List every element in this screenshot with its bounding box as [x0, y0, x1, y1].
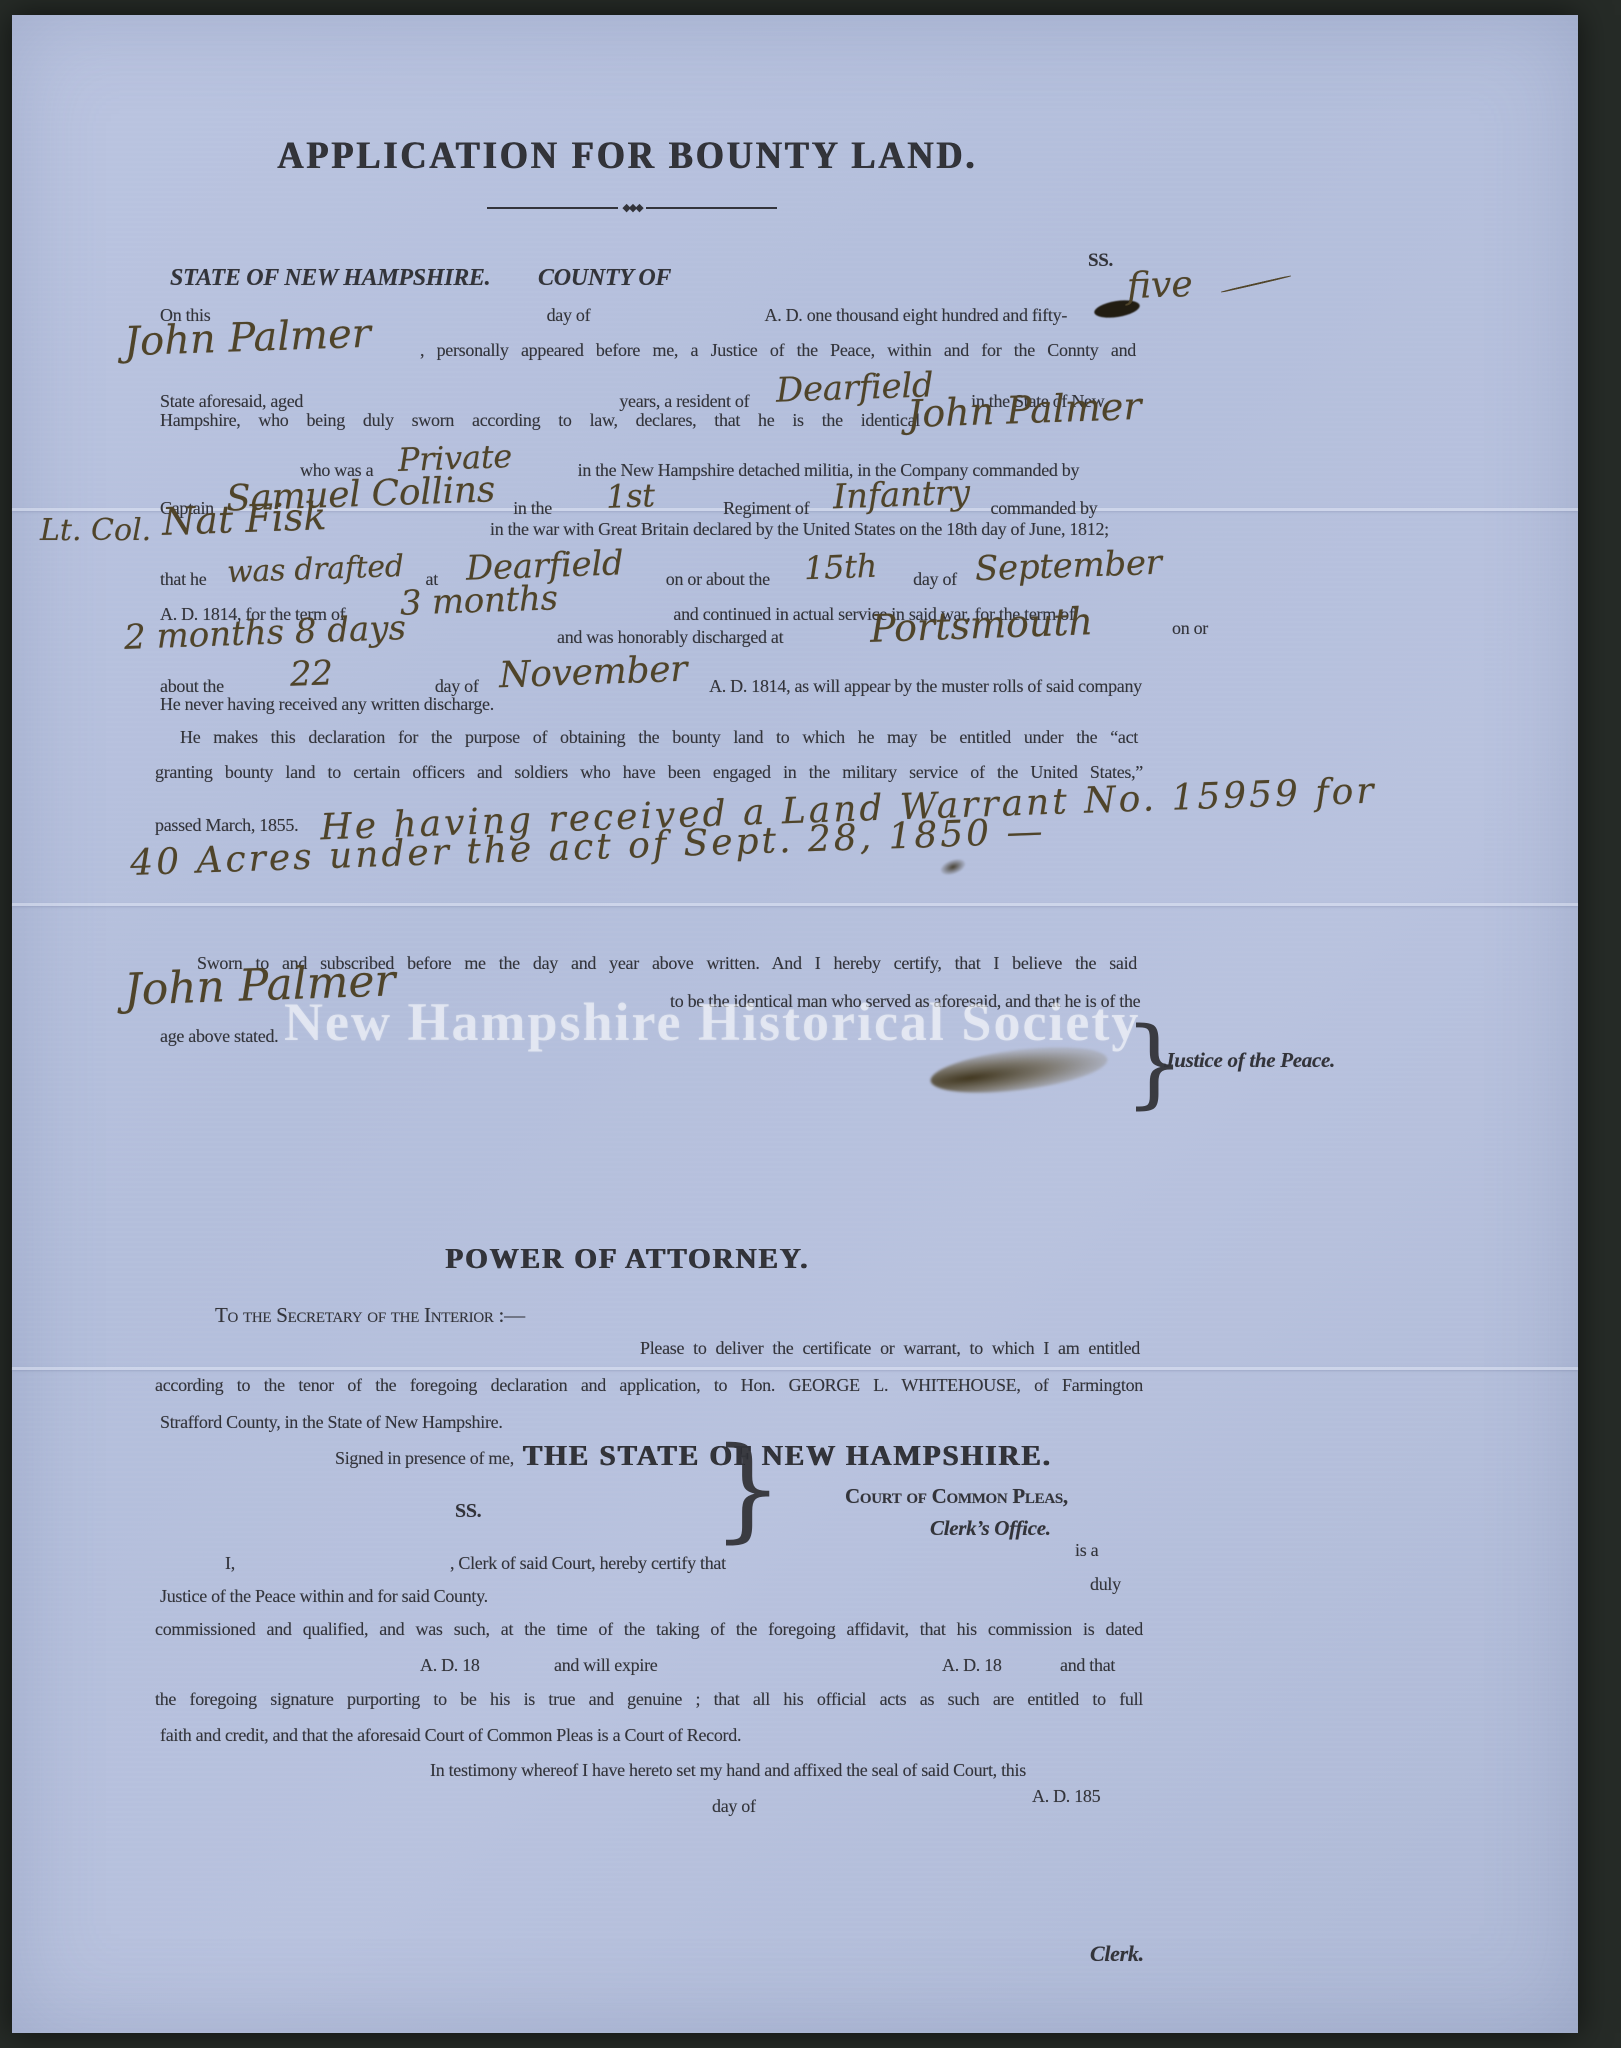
line-no-discharge: He never having received any written dis…	[160, 693, 494, 716]
handwritten-discharge-month: November	[498, 647, 688, 699]
court-ss-label: SS.	[455, 1499, 481, 1524]
handwritten-drafted: was drafted	[226, 548, 404, 592]
that-he-label: that he	[160, 569, 206, 589]
document-title: APPLICATION FOR BOUNTY LAND.	[112, 136, 1142, 175]
discharged-label: and was honorably discharged at	[557, 626, 783, 649]
fold-crease	[12, 903, 1578, 906]
handwritten-discharge-place: Portsmouth	[869, 599, 1093, 651]
ink-mark	[938, 856, 967, 878]
title-rule-ornament	[487, 207, 777, 209]
handwritten-ltcol-margin-note: Lt. Col.	[40, 513, 151, 548]
court-ad18-dated: A. D. 18	[420, 1654, 480, 1677]
poa-strafford-line: Strafford County, in the State of New Ha…	[160, 1411, 503, 1434]
court-ad18-expire: A. D. 18	[942, 1654, 1002, 1677]
resident-label: years, a resident of	[619, 391, 749, 411]
clerk-signature-label: Clerk.	[1090, 1940, 1144, 1968]
court-testimony-line: In testimony whereof I have hereto set m…	[430, 1759, 1026, 1782]
handwritten-discharge-day: 22	[289, 652, 333, 696]
state-heading: STATE OF NEW HAMPSHIRE.	[170, 265, 490, 291]
on-or-label: on or	[1172, 617, 1208, 640]
handwritten-regiment-number: 1st	[605, 475, 655, 517]
muster-label: A. D. 1814, as will appear by the muster…	[709, 676, 1142, 696]
county-heading: COUNTY OF	[538, 265, 671, 291]
court-and-that: and that	[1060, 1654, 1115, 1677]
state-county-heading: STATE OF NEW HAMPSHIRE. COUNTY OF	[170, 263, 671, 293]
handwritten-draft-month: September	[974, 542, 1162, 591]
handwritten-identical-name: John Palmer	[906, 384, 1142, 436]
line-purpose-1: He makes this declaration for the purpos…	[180, 727, 1138, 749]
court-genuine-line: the foregoing signature purporting to be…	[155, 1689, 1143, 1711]
handwritten-branch: Infantry	[833, 472, 971, 519]
day-of-label-2: day of	[913, 569, 957, 589]
poa-to-secretary: To the Secretary of the Interior :—	[215, 1302, 525, 1328]
court-duly-label: duly	[1090, 1573, 1121, 1596]
in-the-label: in the	[513, 498, 552, 518]
document-page: APPLICATION FOR BOUNTY LAND. STATE OF NE…	[12, 15, 1578, 2033]
line-age-stated: age above stated.	[160, 1025, 278, 1048]
commanded-by-label: commanded by	[991, 498, 1098, 518]
court-commissioned-line: commissioned and qualified, and was such…	[155, 1619, 1143, 1641]
clerks-office-label: Clerk’s Office.	[930, 1515, 1051, 1541]
aged-label: State aforesaid, aged	[160, 391, 303, 411]
court-name: Court of Common Pleas,	[845, 1483, 1068, 1509]
court-i-label: I,	[225, 1552, 235, 1575]
court-ad185-label: A. D. 185	[1032, 1785, 1100, 1808]
court-title: THE STATE OF NEW HAMPSHIRE.	[417, 1442, 1157, 1471]
court-faith-line: faith and credit, and that the aforesaid…	[160, 1724, 741, 1747]
regiment-of-label: Regiment of	[723, 498, 809, 518]
on-or-about-label: on or about the	[666, 569, 770, 589]
passed-label: passed March, 1855.	[155, 815, 298, 835]
ss-label: SS.	[1088, 249, 1113, 273]
handwritten-actual-term: 2 months 8 days	[123, 608, 406, 658]
handwritten-term-months: 3 months	[399, 577, 558, 625]
pen-flourish	[1221, 275, 1292, 293]
line-duly-sworn: Hampshire, who being duly sworn accordin…	[160, 410, 920, 432]
poa-please-line: Please to deliver the certificate or war…	[640, 1338, 1140, 1360]
watermark: New Hampshire Historical Society	[284, 995, 1140, 1049]
handwritten-draft-day: 15th	[803, 546, 877, 589]
line-appeared: , personally appeared before me, a Justi…	[420, 340, 1136, 362]
court-certify-label: , Clerk of said Court, hereby certify th…	[450, 1552, 726, 1575]
court-is-a-label: is a	[1075, 1539, 1098, 1562]
handwritten-declarant-name: John Palmer	[123, 311, 371, 366]
justice-of-peace-label: Justice of the Peace.	[1164, 1047, 1335, 1073]
fold-crease	[12, 1367, 1578, 1370]
handwritten-colonel-name: Nat Fisk	[161, 494, 327, 544]
poa-title: POWER OF ATTORNEY.	[112, 1245, 1142, 1274]
court-day-of-label: day of	[712, 1795, 756, 1818]
line-purpose-2: granting bounty land to certain officers…	[155, 762, 1143, 784]
court-justice-county-line: Justice of the Peace within and for said…	[160, 1585, 488, 1608]
ad-year-label: A. D. one thousand eight hundred and fif…	[765, 305, 1068, 325]
day-of-label: day of	[547, 305, 591, 325]
handwritten-year: five	[1126, 264, 1193, 307]
line-war-1812: in the war with Great Britain declared b…	[490, 518, 1109, 541]
poa-tenor-line: according to the tenor of the foregoing …	[155, 1375, 1143, 1397]
court-will-expire: and will expire	[554, 1654, 657, 1677]
scan-background: APPLICATION FOR BOUNTY LAND. STATE OF NE…	[0, 0, 1621, 2048]
